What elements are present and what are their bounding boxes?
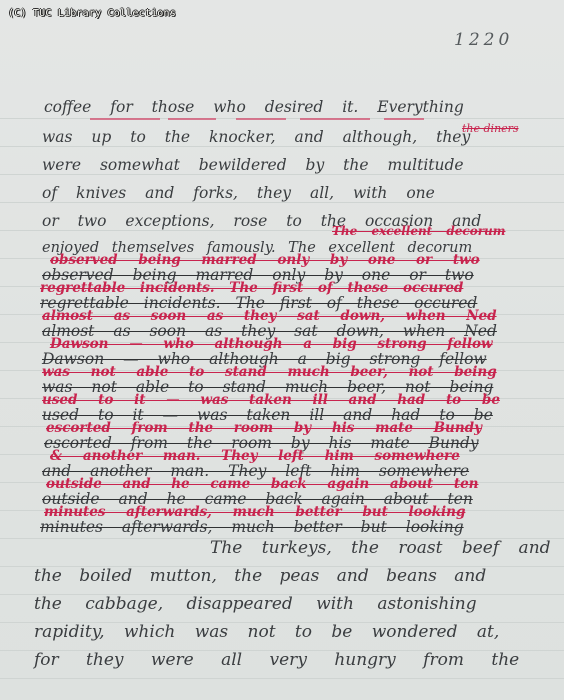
ruled-line (0, 174, 564, 175)
text-line: the boiled mutton, the peas and beans an… (34, 566, 554, 586)
text-line: for they were all very hungry from the (34, 650, 554, 670)
manuscript-page: (C) TUC Library Collections 1220 coffee … (0, 0, 564, 700)
text-line: the cabbage, disappeared with astonishin… (34, 594, 554, 614)
red-revision-line: The excellent decorum (332, 224, 564, 238)
red-underline (384, 118, 424, 120)
ruled-line (0, 202, 564, 203)
red-underline (168, 118, 216, 120)
text-line: rapidity, which was not to be wondered a… (34, 622, 554, 642)
ruled-line (0, 678, 564, 679)
ruled-line (0, 146, 564, 147)
red-underline (90, 118, 160, 120)
text-line: was up to the knocker, and although, the… (42, 128, 562, 146)
text-line: of knives and forks, they all, with one (42, 184, 562, 202)
copyright-watermark: (C) TUC Library Collections (8, 8, 176, 19)
text-line: minutes afterwards, much better but look… (40, 518, 560, 536)
page-number: 1220 (454, 30, 513, 50)
text-line: coffee for those who desired it. Everyth… (44, 98, 564, 116)
red-underline (236, 118, 286, 120)
red-underline (300, 118, 370, 120)
text-line: The turkeys, the roast beef and (210, 538, 564, 558)
text-line: were somewhat bewildered by the multitud… (42, 156, 562, 174)
